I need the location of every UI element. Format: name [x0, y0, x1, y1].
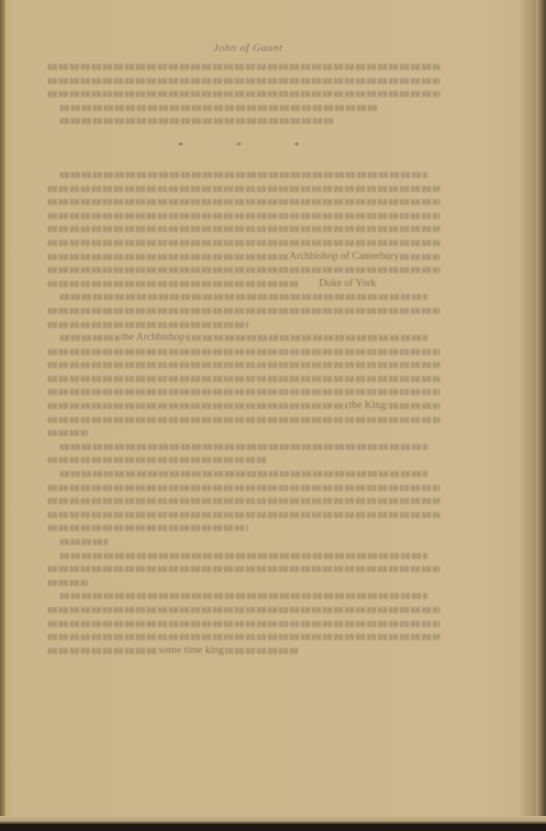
illegible-text: [60, 444, 428, 450]
illegible-text: [48, 498, 440, 504]
text-line: Duke of York: [48, 277, 440, 291]
legible-fragment: the King: [348, 399, 386, 413]
text-line: [48, 440, 440, 454]
text-line: [48, 413, 440, 427]
illegible-text: [48, 634, 440, 640]
illegible-text: [48, 91, 440, 97]
binding-edge-left: [0, 0, 5, 817]
illegible-text: [48, 240, 440, 246]
illegible-text: [48, 267, 440, 273]
text-line: [48, 617, 440, 631]
illegible-text: [48, 213, 440, 219]
illegible-text: [60, 471, 428, 477]
illegible-text: [48, 525, 248, 531]
running-head: John of Gaunt: [168, 42, 328, 54]
illegible-text: [48, 457, 268, 463]
illegible-text: [48, 186, 440, 192]
illegible-text: [60, 118, 334, 124]
illegible-text: [48, 485, 440, 491]
illegible-text: [60, 593, 428, 599]
illegible-text: [48, 281, 298, 287]
illegible-text: [60, 539, 108, 545]
text-line: [48, 168, 440, 182]
text-line: [48, 603, 440, 617]
illegible-text: [48, 308, 440, 314]
text-line: [48, 372, 440, 386]
legible-fragment: Duke of York: [318, 277, 377, 291]
text-line: [48, 535, 440, 549]
text-line: some time king: [48, 644, 440, 658]
illegible-text: [48, 78, 440, 84]
illegible-text: [48, 362, 440, 368]
illegible-text: [48, 64, 440, 70]
text-line: [48, 576, 440, 590]
text-line: [48, 290, 440, 304]
text-line: [48, 222, 440, 236]
text-line: [48, 589, 440, 603]
text-line: [48, 195, 440, 209]
illegible-text: [48, 430, 88, 436]
illegible-text: [48, 621, 440, 627]
illegible-text: [60, 294, 428, 300]
illegible-text: [48, 417, 440, 423]
text-line: [48, 521, 440, 535]
text-line: [48, 385, 440, 399]
illegible-text: [60, 172, 428, 178]
paragraph-before-break: [48, 60, 440, 128]
page-edge-right: [536, 0, 546, 817]
asterisk-icon: *: [236, 140, 242, 152]
illegible-text: [48, 566, 440, 572]
text-line: [48, 562, 440, 576]
text-line: [48, 304, 440, 318]
illegible-text: [48, 389, 440, 395]
section-break: * * *: [48, 128, 440, 168]
illegible-text: [48, 607, 440, 613]
text-line: [48, 236, 440, 250]
text-line: [48, 263, 440, 277]
illegible-text: [48, 512, 440, 518]
text-line: [48, 101, 440, 115]
text-line: [48, 318, 440, 332]
text-line: [48, 494, 440, 508]
text-line: [48, 74, 440, 88]
illegible-text: [48, 322, 248, 328]
scan-bottom-edge: [0, 824, 546, 831]
illegible-text: [48, 199, 440, 205]
illegible-text: [60, 335, 428, 341]
text-line: [48, 549, 440, 563]
illegible-text: [60, 105, 378, 111]
paragraphs-after-break: Archbishop of CanterburyDuke of Yorkthe …: [48, 168, 440, 657]
text-line: the Archbishop: [48, 331, 440, 345]
legible-fragment: Archbishop of Canterbury: [288, 250, 400, 264]
text-line: [48, 467, 440, 481]
text-line: [48, 426, 440, 440]
book-page: John of Gaunt * * * Archbishop of Canter…: [0, 0, 546, 824]
text-line: [48, 358, 440, 372]
text-line: [48, 60, 440, 74]
body-text: * * * Archbishop of CanterburyDuke of Yo…: [48, 60, 440, 657]
text-line: [48, 182, 440, 196]
asterisk-icon: *: [294, 140, 300, 152]
legible-fragment: the Archbishop: [120, 331, 186, 345]
text-line: [48, 453, 440, 467]
text-line: [48, 508, 440, 522]
illegible-text: [60, 553, 428, 559]
illegible-text: [48, 580, 88, 586]
text-line: [48, 87, 440, 101]
legible-fragment: some time king: [158, 644, 225, 658]
text-line: [48, 630, 440, 644]
illegible-text: [48, 226, 440, 232]
text-line: [48, 114, 440, 128]
text-line: [48, 209, 440, 223]
illegible-text: [48, 376, 440, 382]
text-line: Archbishop of Canterbury: [48, 250, 440, 264]
text-line: the King: [48, 399, 440, 413]
text-line: [48, 481, 440, 495]
asterisk-icon: *: [178, 140, 184, 152]
text-line: [48, 345, 440, 359]
illegible-text: [48, 349, 440, 355]
